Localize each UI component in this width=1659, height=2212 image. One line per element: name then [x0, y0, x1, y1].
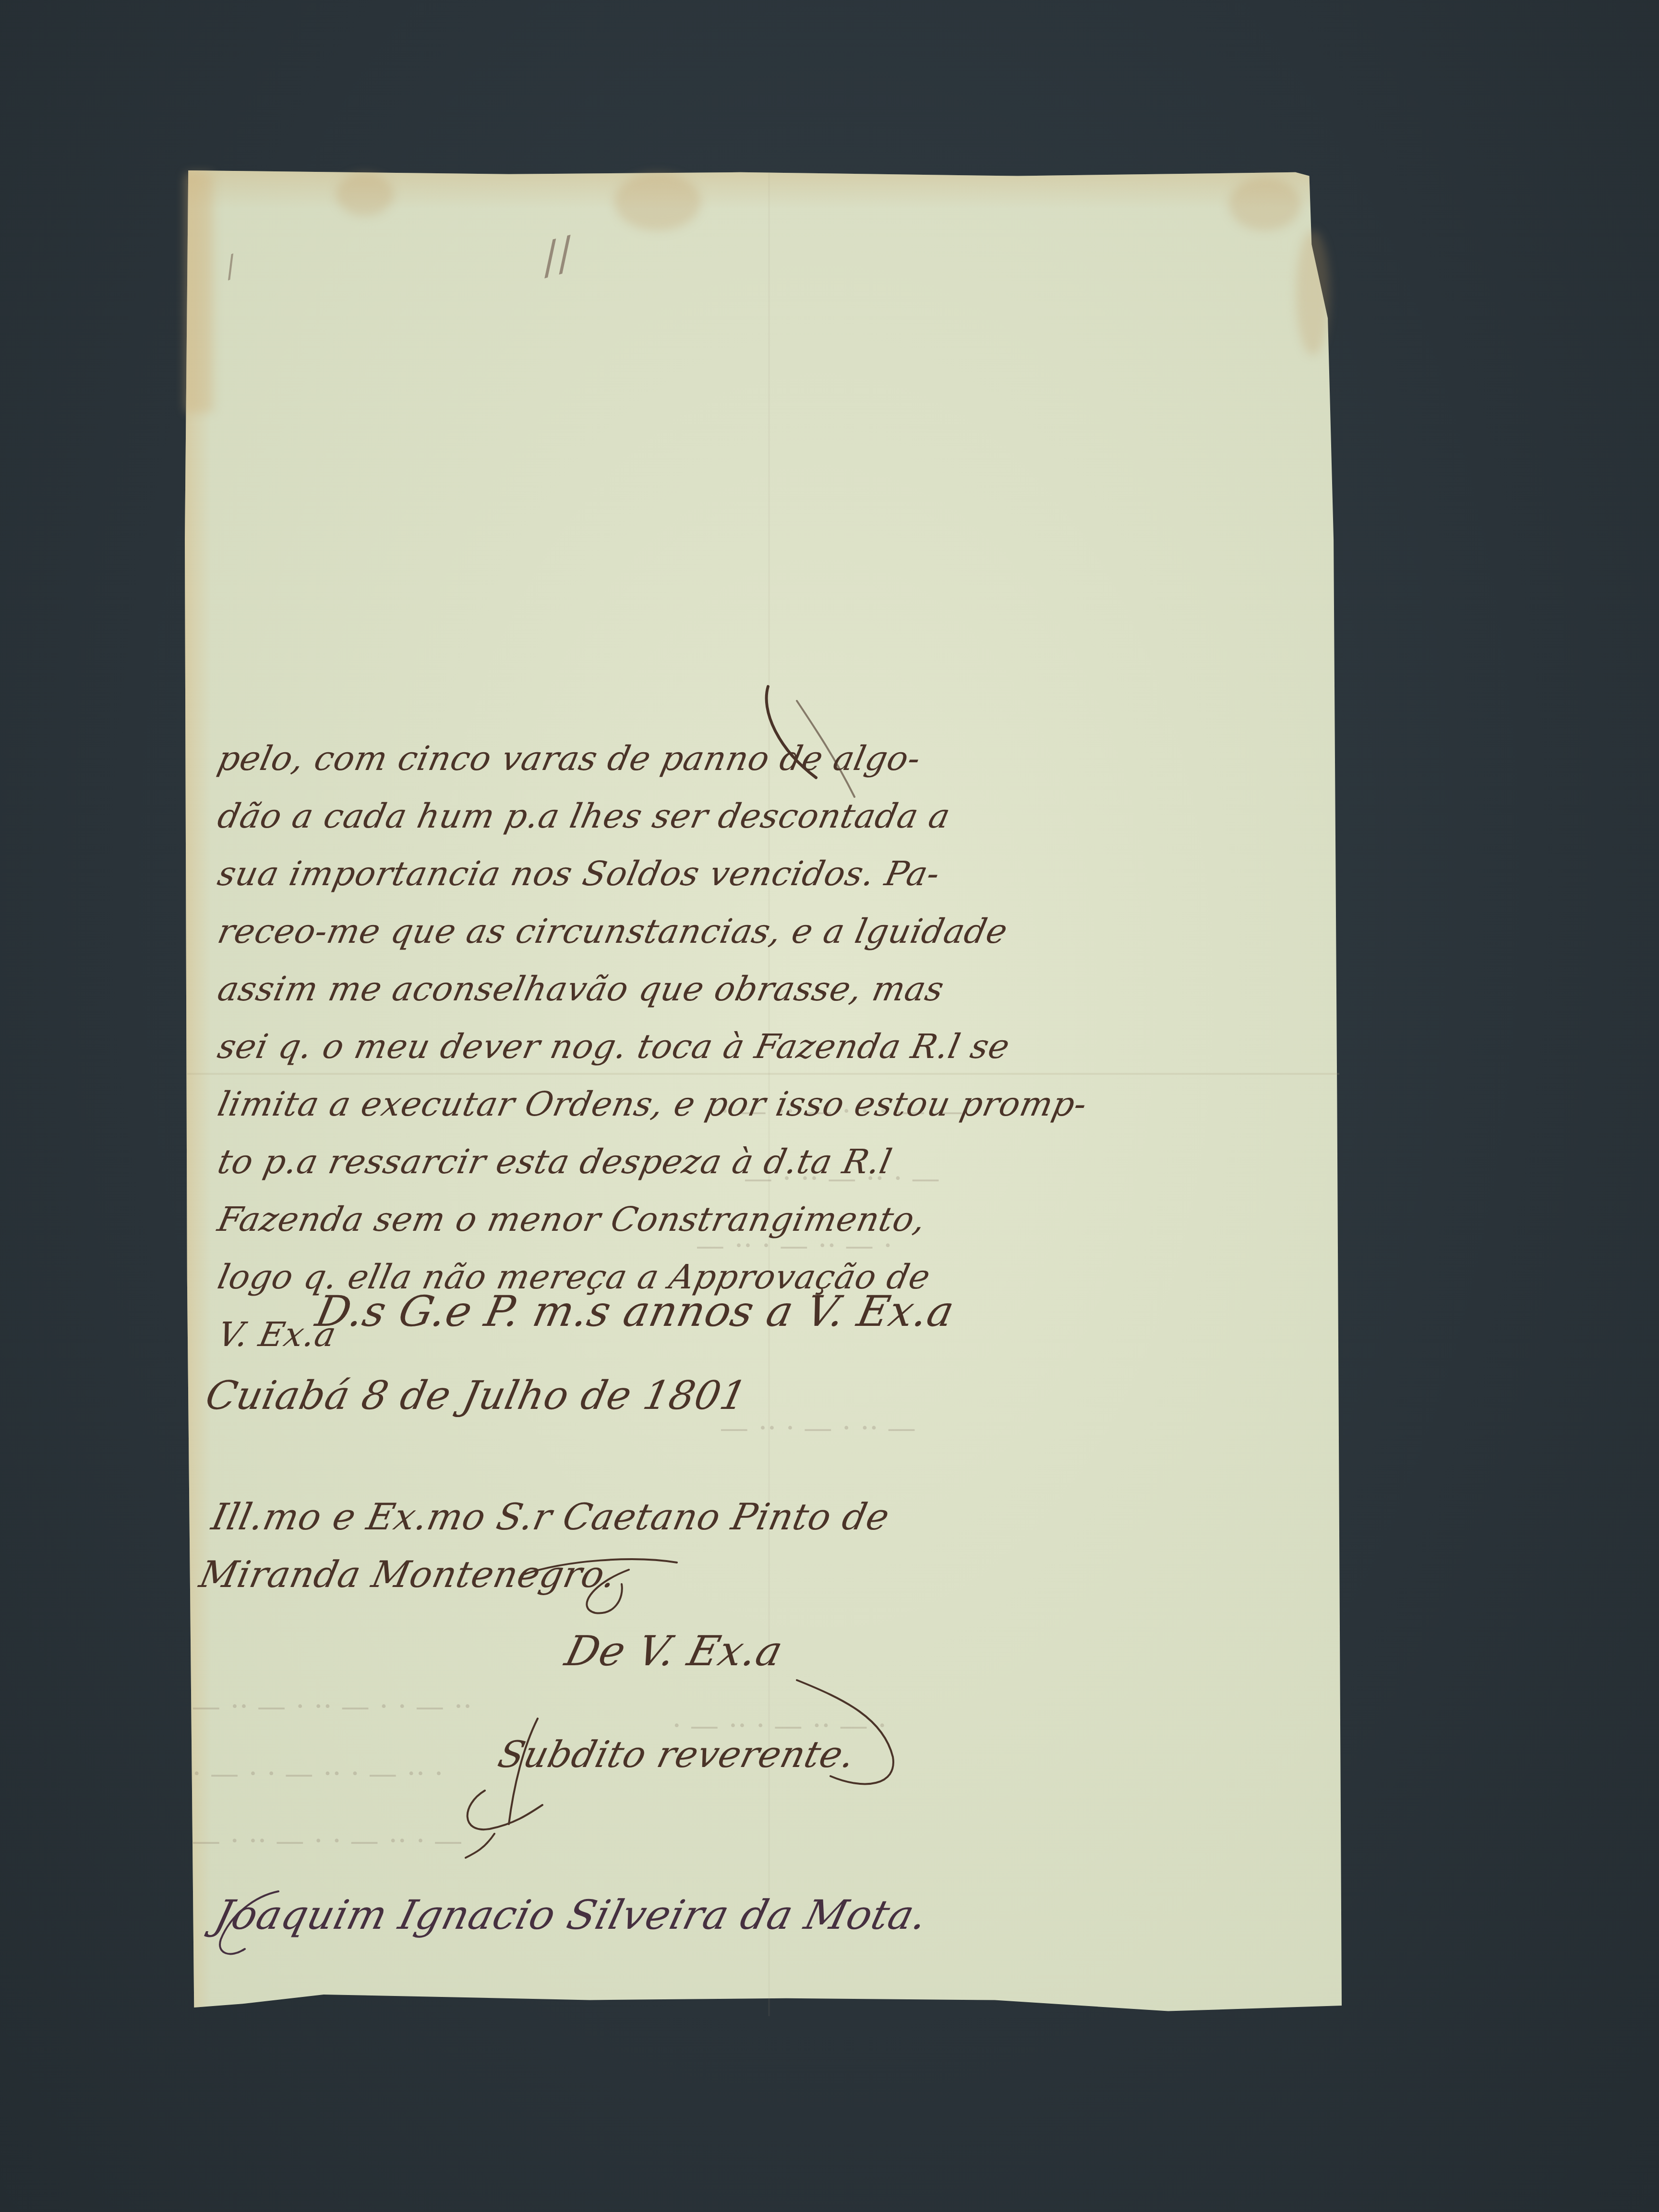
bleed-through-text: — ·· · — · ·· —	[717, 1411, 919, 1445]
place-and-date: Cuiabá 8 de Julho de 1801	[202, 1373, 751, 1419]
foxing-stain	[1229, 178, 1301, 230]
closing-formula: D.s G.e P. m.s annos a V. Ex.a	[312, 1286, 959, 1336]
foxing-stain	[614, 173, 701, 230]
addressee-line: Ill.mo e Ex.mo S.r Caetano Pinto de	[206, 1488, 1035, 1546]
bleed-through-text: · ·· — · ·· — · · — ·	[189, 1757, 446, 1791]
body-line: limita a executar Ordens, e por isso est…	[212, 1075, 1017, 1133]
body-line: sei q. o meu dever nog. toca à Fazenda R…	[212, 1018, 1017, 1075]
courtesy-abbreviation: De V. Ex.a	[561, 1627, 788, 1675]
body-line: pelo, com cinco varas de panno de algo-	[212, 730, 1017, 787]
body-line: receo-me que as circunstancias, e a lgui…	[212, 902, 1017, 960]
foxing-stain	[1296, 230, 1330, 355]
subscription: Subdito reverente.	[494, 1733, 860, 1776]
body-line: assim me aconselhavão que obrasse, mas	[212, 960, 1017, 1018]
addressee: Ill.mo e Ex.mo S.r Caetano Pinto de Mira…	[194, 1488, 1034, 1603]
foxing-stain	[185, 173, 214, 413]
body-line: sua importancia nos Soldos vencidos. Pa-	[212, 845, 1017, 902]
bleed-through-text: ·· — · · — ·· · — ·· —	[189, 1690, 475, 1723]
addressee-line: Miranda Montenegro.	[194, 1546, 1022, 1603]
foxing-stain	[336, 173, 394, 216]
body-line: to p.a ressarcir esta despeza à d.ta R.l	[212, 1133, 1017, 1190]
bleed-through-text: — · ·· — · · — ·· · —	[189, 1824, 466, 1858]
body-line: dão a cada hum p.a lhes ser descontada a	[212, 787, 1017, 845]
body-line: Fazenda sem o menor Constrangimento,	[212, 1190, 1017, 1248]
signature: Joaquim Ignacio Silveira da Mota.	[210, 1891, 933, 1938]
letter-body: pelo, com cinco varas de panno de algo- …	[218, 730, 1010, 1363]
